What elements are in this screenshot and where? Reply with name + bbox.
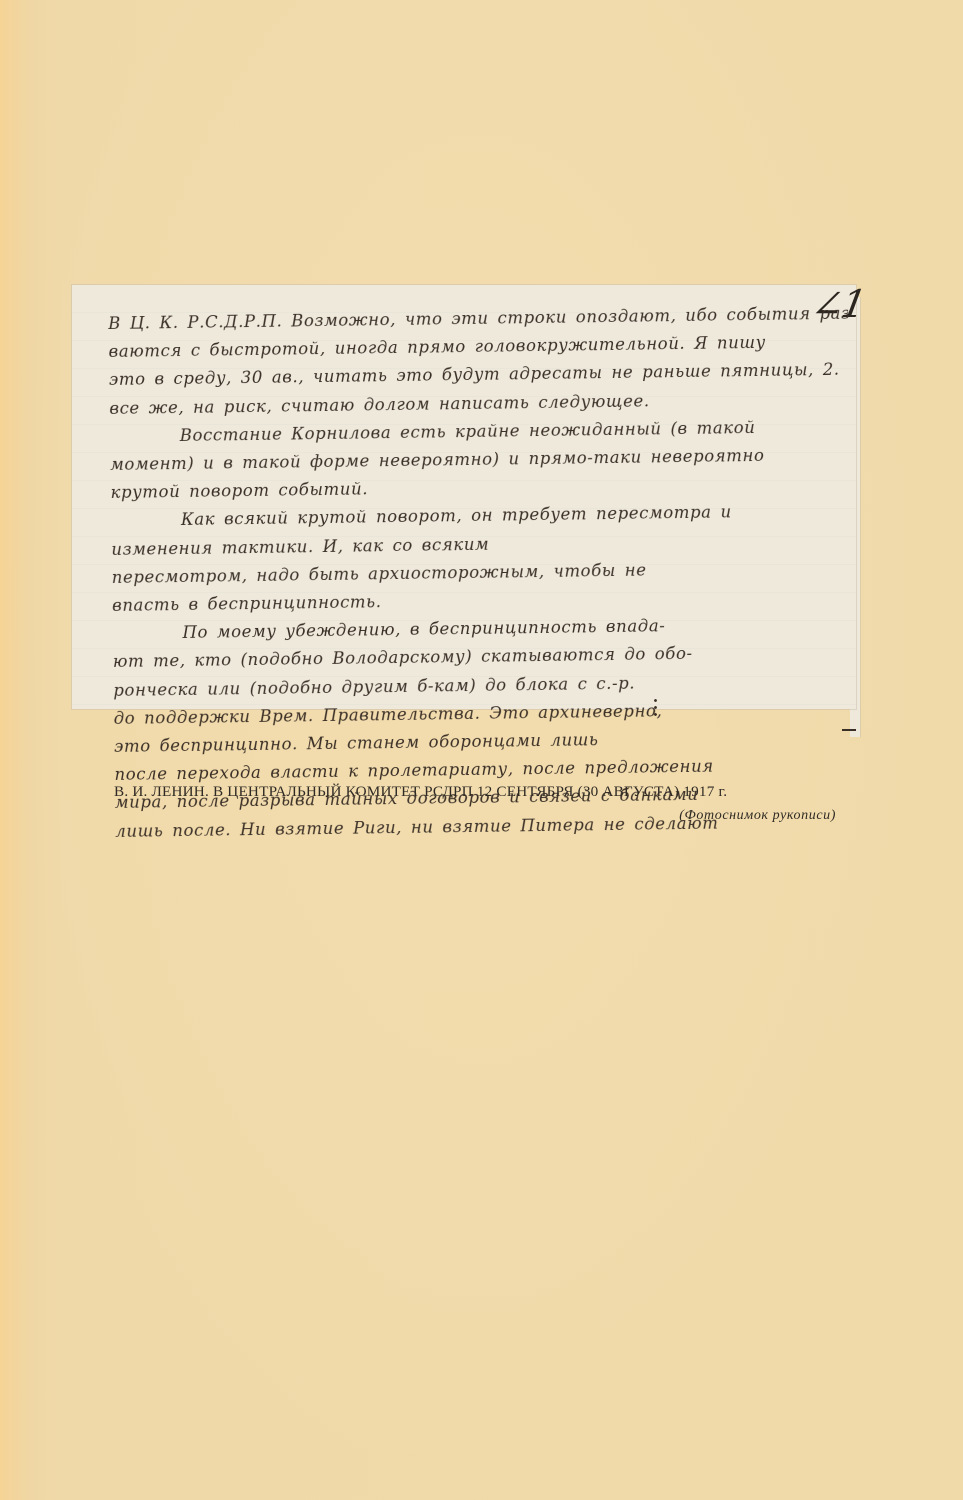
manuscript-handwriting: В Ц. К. Р.С.Д.Р.П. Возможно, что эти стр… [108,300,855,846]
figure-caption-note: (Фотоснимок рукописи) [596,808,836,824]
figure-caption: В. И. ЛЕНИН. В ЦЕНТРАЛЬНЫЙ КОМИТЕТ РСДРП… [114,783,834,801]
continuation-dots-icon [654,697,657,717]
margin-dash-mark [842,729,856,731]
